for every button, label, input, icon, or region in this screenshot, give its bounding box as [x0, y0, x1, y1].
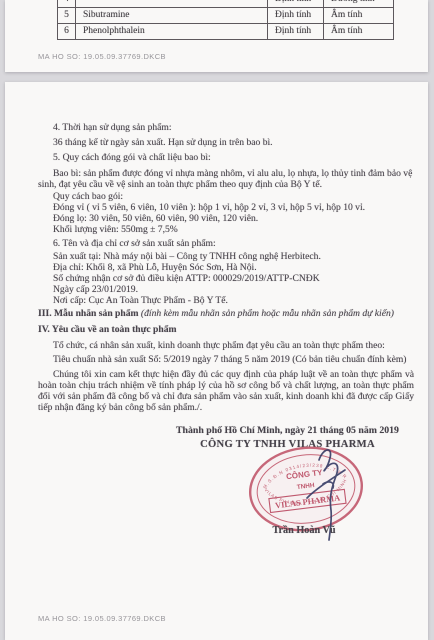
- signer-name: Trần Hoàn Vũ: [189, 525, 419, 536]
- document-page-top: 4 Định tính Dương tính 5 Sibutramine Địn…: [5, 0, 428, 72]
- requirement-line: Tổ chức, cá nhân sản xuất, kinh doanh th…: [38, 340, 414, 351]
- company-stamp: M.S.Đ.N 0314/23/238 C.T.F.R VILAS PHARMA…: [223, 440, 393, 570]
- issue-date-line: Ngày cấp 23/01/2019.: [38, 284, 414, 295]
- file-code: MA HO SO: 19.05.09.37769.DKCB: [38, 614, 166, 623]
- row-number: 6: [58, 24, 76, 40]
- section-4-heading: IV. Yêu cầu về an toàn thực phẩm: [38, 324, 414, 335]
- item-6-heading: 6. Tên và địa chỉ cơ sở sản xuất sản phẩ…: [38, 238, 414, 249]
- test-result: Âm tính: [324, 8, 394, 24]
- row-number: 4: [58, 0, 76, 8]
- substance-name: [76, 0, 268, 8]
- place-date-line: Thành phố Hồ Chí Minh, ngày 21 tháng 05 …: [145, 425, 428, 436]
- packing-spec-heading: Quy cách bao gói:: [38, 191, 414, 202]
- test-results-table: 4 Định tính Dương tính 5 Sibutramine Địn…: [57, 0, 394, 40]
- test-result: Âm tính: [324, 24, 394, 40]
- standard-line: Tiêu chuẩn nhà sản xuất Số: 5/2019 ngày …: [38, 354, 414, 365]
- table-row: 5 Sibutramine Định tính Âm tính: [58, 8, 394, 24]
- substance-name: Sibutramine: [76, 8, 268, 24]
- document-body: 4. Thời hạn sử dụng sản phẩm: 36 tháng k…: [38, 122, 414, 413]
- tablet-weight-line: Khối lượng viên: 550mg ± 7,5%: [38, 224, 414, 235]
- manufacturer-line: Sản xuất tại: Nhà máy nội bài – Công ty …: [38, 251, 414, 262]
- test-method: Định tính: [268, 0, 324, 8]
- address-line: Địa chỉ: Khối 8, xã Phù Lỗ, Huyện Sóc Sơ…: [38, 262, 414, 273]
- row-number: 5: [58, 8, 76, 24]
- test-result: Dương tính: [324, 0, 394, 8]
- packaging-paragraph: Bao bì: sản phẩm được đóng vỉ nhựa màng …: [38, 168, 414, 190]
- table-row: 6 Phenolphthalein Định tính Âm tính: [58, 24, 394, 40]
- certificate-line: Số chứng nhận cơ sở đủ điều kiện ATTP: 0…: [38, 273, 414, 284]
- shelf-life-line: 36 tháng kể từ ngày sản xuất. Hạn sử dụn…: [38, 137, 414, 148]
- item-5-heading: 5. Quy cách đóng gói và chất liệu bao bì…: [38, 152, 414, 163]
- item-4-heading: 4. Thời hạn sử dụng sản phẩm:: [38, 122, 414, 133]
- section-3-heading: III. Mẫu nhãn sản phẩm (đính kèm mẫu nhã…: [38, 308, 414, 319]
- file-code: MA HO SO: 19.05.09.37769.DKCB: [38, 52, 166, 61]
- section-3-note: (đính kèm mẫu nhãn sản phẩm hoặc mẫu nhã…: [141, 308, 394, 319]
- blister-spec-line: Đóng vỉ ( vỉ 5 viên, 6 viên, 10 viên ): …: [38, 202, 414, 213]
- table-row-clipped: 4 Định tính Dương tính: [58, 0, 394, 8]
- section-3-title: III. Mẫu nhãn sản phẩm: [38, 308, 141, 319]
- issuer-line: Nơi cấp: Cục An Toàn Thực Phẩm - Bộ Y Tế…: [38, 295, 414, 306]
- bottle-spec-line: Đóng lọ: 30 viên, 50 viên, 60 viên, 90 v…: [38, 213, 414, 224]
- substance-name: Phenolphthalein: [76, 24, 268, 40]
- commitment-paragraph: Chúng tôi xin cam kết thực hiện đầy đủ c…: [38, 369, 414, 413]
- test-method: Định tính: [268, 24, 324, 40]
- document-page-main: 4. Thời hạn sử dụng sản phẩm: 36 tháng k…: [5, 82, 428, 640]
- test-method: Định tính: [268, 8, 324, 24]
